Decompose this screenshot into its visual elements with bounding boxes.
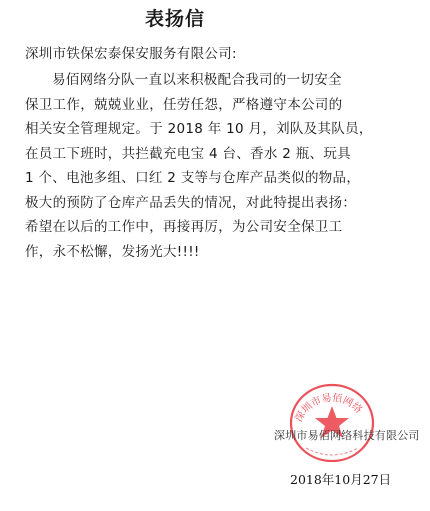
body-line: 希望在以后的工作中，再接再厉，为公司安全保卫工 — [25, 215, 365, 240]
letter-body: 易佰网络分队一直以来积极配合我司的一切安全 保卫工作，兢兢业业，任劳任怨，严格遵… — [25, 68, 365, 264]
body-line: 1 个、电池多组、口红 2 支等与仓库产品类似的物品， — [25, 166, 365, 191]
red-star-seal-icon: 深圳市易佰网络 — [288, 382, 376, 462]
letter-date: 2018年10月27日 — [290, 470, 391, 488]
signer-company: 深圳市易佰网络科技有限公司 — [274, 427, 420, 443]
body-line: 极大的预防了仓库产品丢失的情况，对此特提出表扬： — [25, 191, 365, 216]
body-line: 易佰网络分队一直以来积极配合我司的一切安全 — [25, 68, 365, 93]
body-line: 在员工下班时，共拦截充电宝 4 台、香水 2 瓶、玩具 — [25, 142, 365, 167]
body-line: 作，永不松懈，发扬光大!!!! — [25, 240, 365, 265]
body-line: 相关安全管理规定。于 2018 年 10 月，刘队及其队员， — [25, 117, 365, 142]
body-line: 保卫工作，兢兢业业，任劳任怨，严格遵守本公司的 — [25, 93, 365, 118]
letter-title: 表扬信 — [0, 4, 350, 31]
addressee: 深圳市铁保宏泰保安服务有限公司: — [25, 42, 237, 62]
